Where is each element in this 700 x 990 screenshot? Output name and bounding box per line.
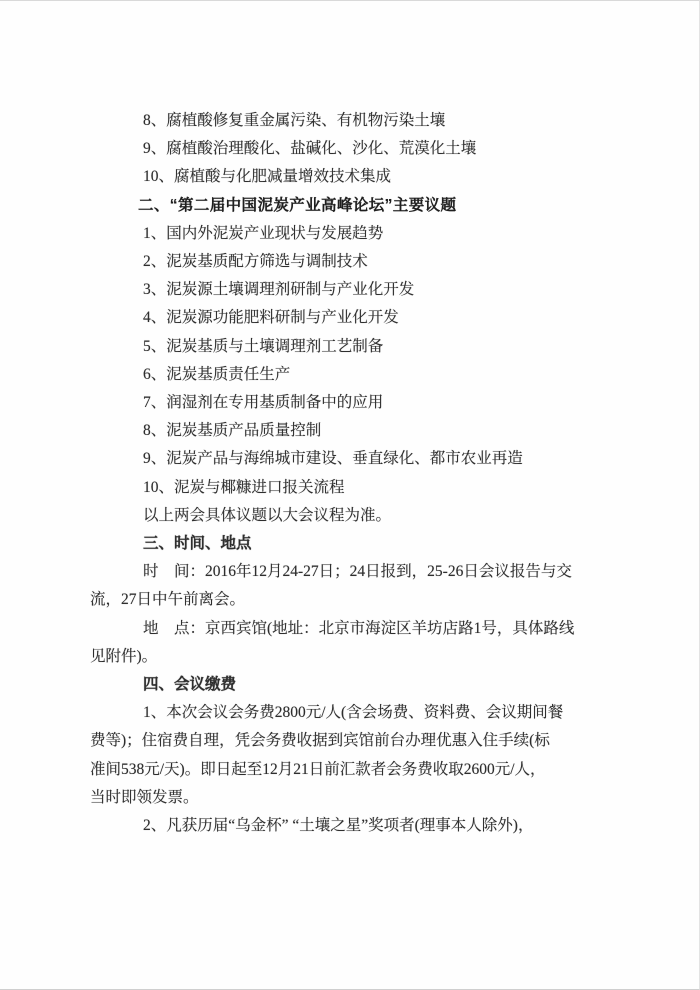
text-line: 时 间：2016年12月24-27日；24日报到，25-26日会议报告与交 xyxy=(90,558,576,586)
text-line: 三、时间、地点 xyxy=(90,530,576,558)
text-line: 见附件)。 xyxy=(90,643,576,671)
text-line: 流，27日中午前离会。 xyxy=(90,586,576,614)
text-line: 2、凡获历届“乌金杯” “土壤之星”奖项者(理事本人除外)， xyxy=(90,812,576,840)
scanned-document-page: 8、腐植酸修复重金属污染、有机物污染土壤9、腐植酸治理酸化、盐碱化、沙化、荒漠化… xyxy=(0,0,700,990)
text-line: 地 点：京西宾馆(地址：北京市海淀区羊坊店路1号，具体路线 xyxy=(90,615,576,643)
text-line: 8、腐植酸修复重金属污染、有机物污染土壤 xyxy=(90,107,576,135)
text-line: 10、腐植酸与化肥减量增效技术集成 xyxy=(90,163,576,191)
text-line: 10、泥炭与椰糠进口报关流程 xyxy=(90,474,576,502)
text-line: 3、泥炭源土壤调理剂研制与产业化开发 xyxy=(90,276,576,304)
text-line: 8、泥炭基质产品质量控制 xyxy=(90,417,576,445)
text-line: 准间538元/天)。即日起至12月21日前汇款者会务费收取2600元/人， xyxy=(90,756,576,784)
text-line: 当时即领发票。 xyxy=(90,784,576,812)
text-line: 2、泥炭基质配方筛选与调制技术 xyxy=(90,248,576,276)
text-line: 9、腐植酸治理酸化、盐碱化、沙化、荒漠化土壤 xyxy=(90,135,576,163)
text-line: 6、泥炭基质责任生产 xyxy=(90,361,576,389)
text-line: 费等)；住宿费自理，凭会务费收据到宾馆前台办理优惠入住手续(标 xyxy=(90,727,576,755)
text-line: 4、泥炭源功能肥料研制与产业化开发 xyxy=(90,304,576,332)
text-line: 二、“第二届中国泥炭产业高峰论坛”主要议题 xyxy=(90,192,576,220)
text-line: 1、本次会议会务费2800元/人(含会场费、资料费、会议期间餐 xyxy=(90,699,576,727)
document-body: 8、腐植酸修复重金属污染、有机物污染土壤9、腐植酸治理酸化、盐碱化、沙化、荒漠化… xyxy=(90,107,576,840)
text-line: 四、会议缴费 xyxy=(90,671,576,699)
text-line: 以上两会具体议题以大会议程为准。 xyxy=(90,502,576,530)
text-line: 5、泥炭基质与土壤调理剂工艺制备 xyxy=(90,333,576,361)
text-line: 1、国内外泥炭产业现状与发展趋势 xyxy=(90,220,576,248)
text-line: 7、润湿剂在专用基质制备中的应用 xyxy=(90,389,576,417)
text-line: 9、泥炭产品与海绵城市建设、垂直绿化、都市农业再造 xyxy=(90,445,576,473)
